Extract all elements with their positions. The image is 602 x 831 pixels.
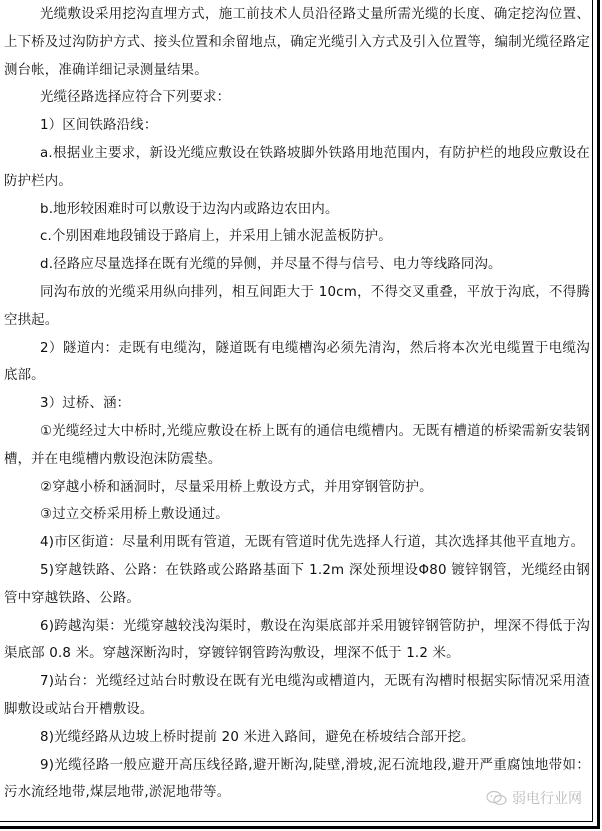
paragraph-section-7-platform: 7)站台：光缆经过站台时敷设在既有光电缆沟或槽道内，无既有沟槽时根据实际情况采用… [4, 668, 590, 724]
paragraph-item-c: c.个别困难地段铺设于路肩上，并采用上铺水泥盖板防护。 [4, 223, 590, 251]
paragraph-section-2-tunnel: 2）隧道内：走既有电缆沟，隧道既有电缆槽沟必须先清沟，然后将本次光电缆置于电缆沟… [4, 335, 590, 391]
watermark-text: 弱电行业网 [512, 788, 582, 808]
paragraph-item-a: a.根据业主要求，新设光缆应敷设在铁路坡脚外铁路用地范围内，有防护栏的地段应敷设… [4, 140, 590, 196]
paragraph-section-4-street: 4)市区街道：尽量利用既有管道，无既有管道时优先选择人行道，其次选择其他平直地方… [4, 529, 590, 557]
paragraph-survey-intro: 光缆敷设采用挖沟直埋方式，施工前技术人员沿径路丈量所需光缆的长度、确定挖沟位置、… [4, 1, 590, 84]
paragraph-section-6-ditch: 6)跨越沟渠：光缆穿越较浅沟渠时，敷设在沟渠底部并采用镀锌钢管防护，埋深不得低于… [4, 613, 590, 669]
wechat-icon [486, 790, 508, 806]
document-body: 光缆敷设采用挖沟直埋方式，施工前技术人员沿径路丈量所需光缆的长度、确定挖沟位置、… [4, 1, 590, 807]
watermark: 弱电行业网 [486, 788, 582, 808]
paragraph-item-b: b.地形较困难时可以敷设于边沟内或路边农田内。 [4, 196, 590, 224]
paragraph-route-requirements: 光缆径路选择应符合下列要求： [4, 84, 590, 112]
paragraph-section-5-crossing: 5)穿越铁路、公路：在铁路或公路路基面下 1.2m 深处预埋设Φ80 镀锌钢管，… [4, 557, 590, 613]
paragraph-bridge-2: ②穿越小桥和涵洞时，尽量采用桥上敷设方式，并用穿钢管防护。 [4, 474, 590, 502]
paragraph-section-1-heading: 1）区间铁路沿线： [4, 112, 590, 140]
paragraph-section-3-heading: 3）过桥、涵： [4, 390, 590, 418]
paragraph-item-d: d.径路应尽量选择在既有光缆的异侧，并尽量不得与信号、电力等线路同沟。 [4, 251, 590, 279]
paragraph-bridge-1: ①光缆经过大中桥时,光缆应敷设在桥上既有的通信电缆槽内。无既有槽道的桥梁需新安装… [4, 418, 590, 474]
paragraph-section-8-slope: 8)光缆经路从边坡上桥时提前 20 米进入路间，避免在桥坡结合部开挖。 [4, 724, 590, 752]
paragraph-same-trench: 同沟布放的光缆采用纵向排列，相互间距大于 10cm，不得交叉重叠，平放于沟底，不… [4, 279, 590, 335]
paragraph-bridge-3: ③过立交桥采用桥上敷设通过。 [4, 501, 590, 529]
